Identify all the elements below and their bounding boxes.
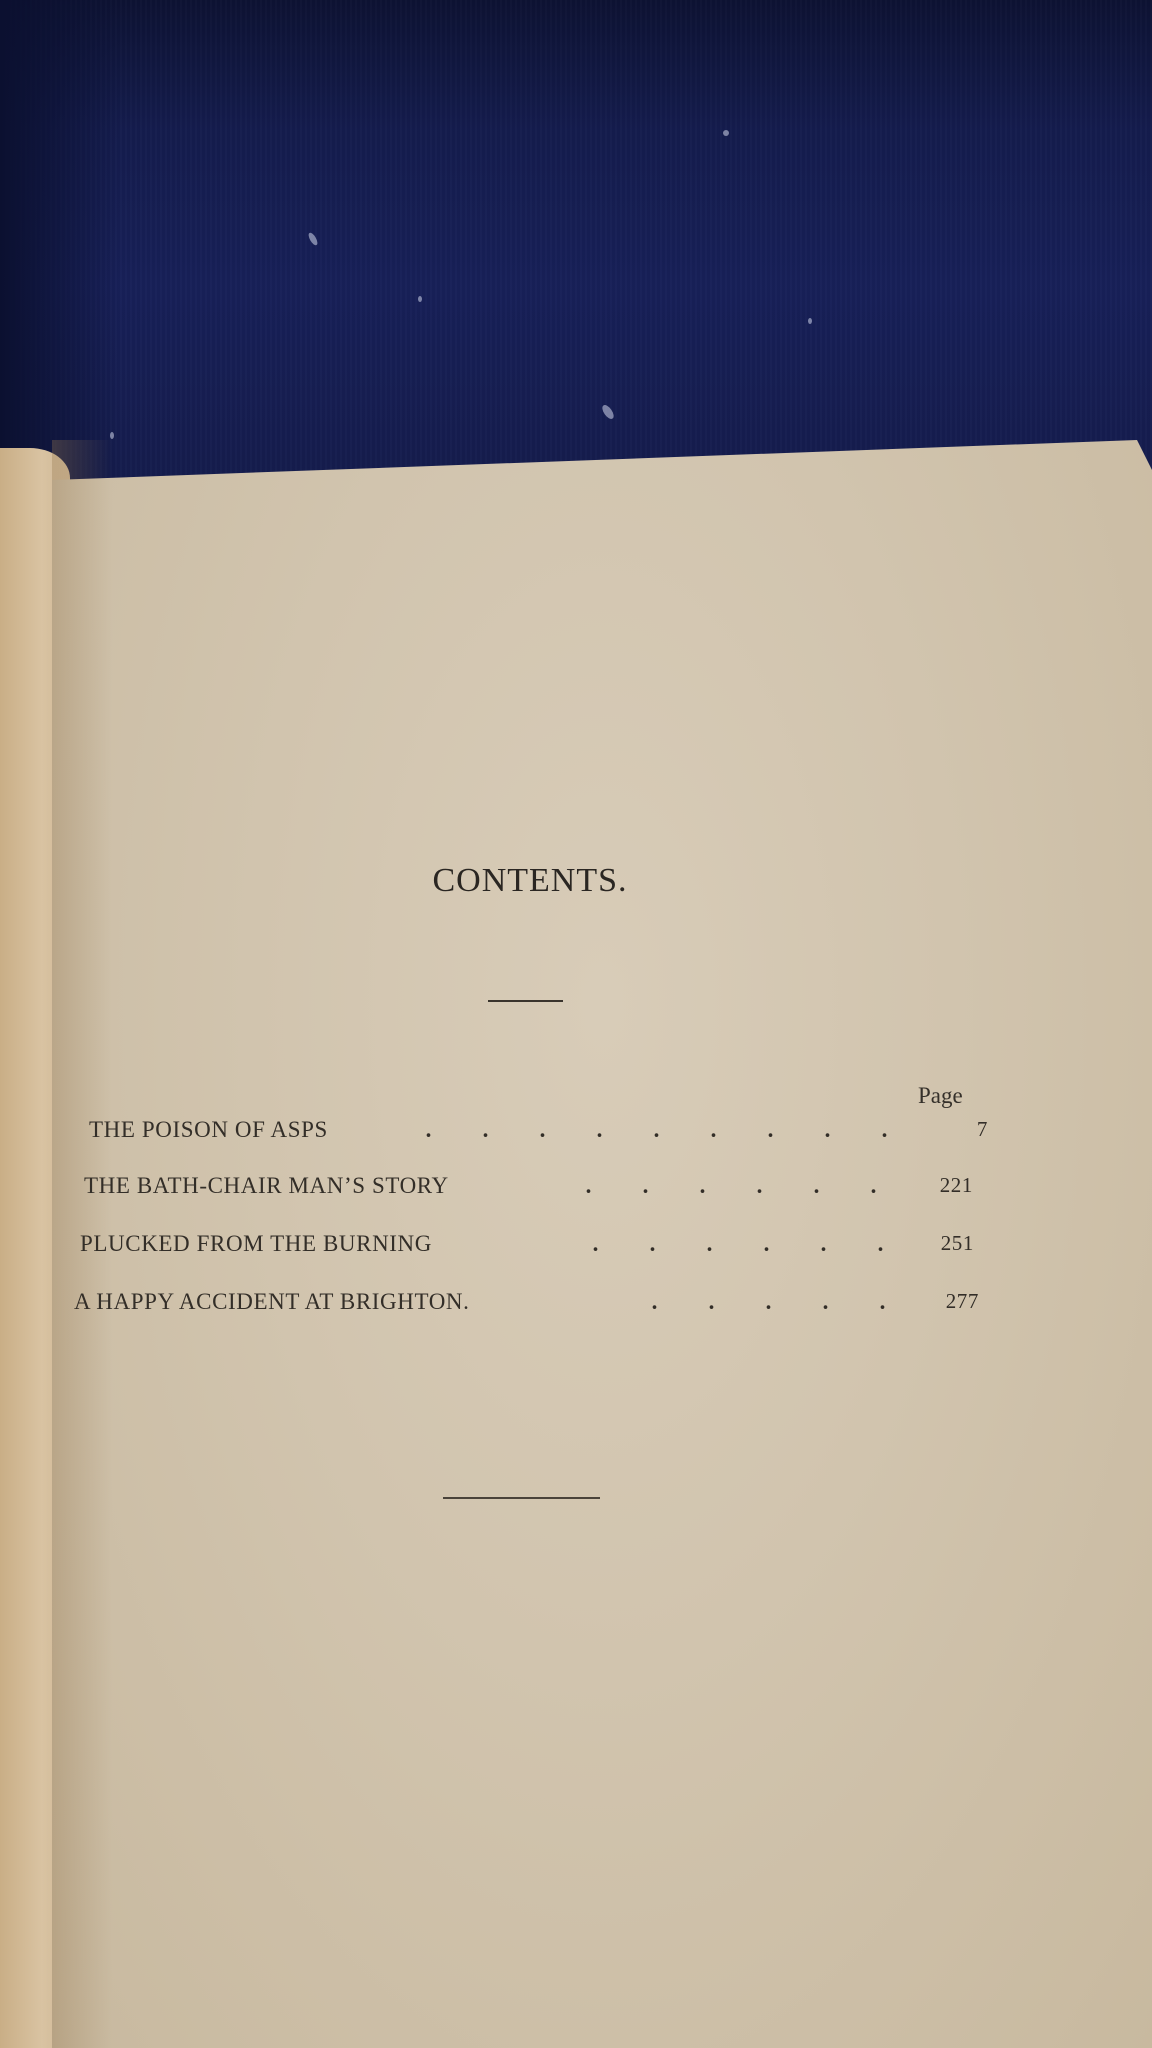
toc-entry-title: PLUCKED FROM THE BURNING <box>80 1231 432 1257</box>
toc-entry-title: THE POISON OF ASPS <box>89 1117 328 1143</box>
toc-entry-title: THE BATH-CHAIR MAN’S STORY <box>84 1173 449 1199</box>
toc-entry-title: A HAPPY ACCIDENT AT BRIGHTON. <box>74 1289 469 1315</box>
dot-leader: ..... <box>626 1289 911 1315</box>
dot-leader: ...... <box>560 1173 902 1199</box>
end-rule <box>443 1497 600 1499</box>
toc-entry: PLUCKED FROM THE BURNING ...... 251 <box>80 1231 980 1261</box>
toc-entry: A HAPPY ACCIDENT AT BRIGHTON. ..... 277 <box>74 1289 994 1319</box>
toc-entry-page: 277 <box>919 1289 979 1314</box>
toc-entry: THE BATH-CHAIR MAN’S STORY ...... 221 <box>84 1173 984 1203</box>
page-column-header: Page <box>918 1083 963 1109</box>
page-title: CONTENTS. <box>0 862 1060 900</box>
toc-entry-page: 7 <box>928 1117 988 1142</box>
dot-leader: ......... <box>400 1117 913 1143</box>
contents-page: CONTENTS. Page THE POISON OF ASPS ......… <box>0 0 1152 2048</box>
toc-entry-page: 221 <box>913 1173 973 1198</box>
toc-entry: THE POISON OF ASPS ......... 7 <box>89 1117 989 1147</box>
title-rule <box>488 1000 563 1002</box>
dot-leader: ...... <box>567 1231 909 1257</box>
toc-entry-page: 251 <box>914 1231 974 1256</box>
